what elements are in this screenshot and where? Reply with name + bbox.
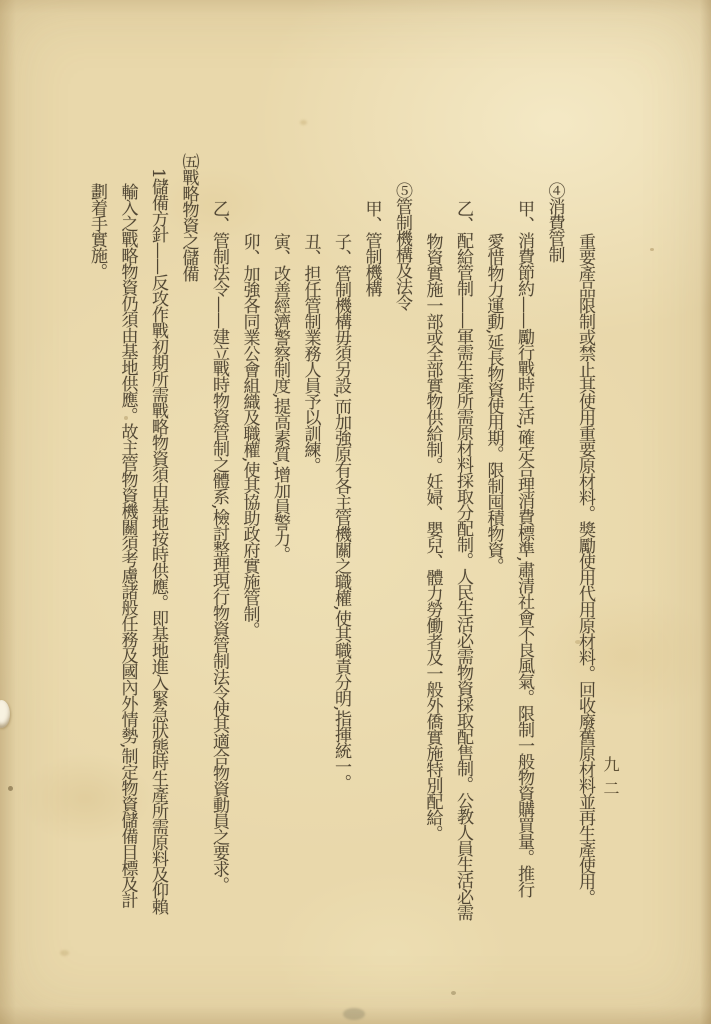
text-column: 1儲備方針——反攻作戰初期所需戰略物資須由基地按時供應。即基地進入緊急狀態時生產… xyxy=(149,153,166,967)
paper-speck xyxy=(650,248,654,251)
binding-hole xyxy=(0,700,10,728)
paper-speck xyxy=(300,120,307,125)
paper-speck xyxy=(8,786,13,791)
text-column: ㈤戰略物資之儲備 xyxy=(180,153,197,967)
text-column: 丑、担任管制業務人員予以訓練。 xyxy=(302,153,319,967)
paper-speck xyxy=(451,991,456,995)
paper-smudge xyxy=(343,1008,365,1020)
text-column: 劃着手實施。 xyxy=(88,153,105,967)
scanned-page: 重要產品限制或禁止其使用重要原材料。獎勵使用代用原材料。回收廢舊原材料並再生產使… xyxy=(0,0,711,1024)
page-number: 九二 xyxy=(599,756,622,804)
text-column: 乙、管制法令——建立戰時物資管制之體系,檢討整理現行物資管制法令使其適合物資動員… xyxy=(210,153,227,967)
text-column: 物資實施一部或全部實物供給制。妊婦、嬰兒、體力勞働者及一般外僑實施特別配給。 xyxy=(424,153,441,967)
text-column: 甲、管制機構 xyxy=(363,153,380,967)
text-column: 重要產品限制或禁止其使用重要原材料。獎勵使用代用原材料。回收廢舊原材料並再生產使… xyxy=(576,153,593,967)
text-block: 重要產品限制或禁止其使用重要原材料。獎勵使用代用原材料。回收廢舊原材料並再生產使… xyxy=(75,153,594,967)
text-column: 寅、改善經濟警察制度,提高素質,增加員警力。 xyxy=(271,153,288,967)
text-column: 愛惜物力運動,延長物資使用期。限制囤積物資。 xyxy=(485,153,502,967)
text-column: ⑤管制機構及法令 xyxy=(393,153,410,967)
text-column: 乙、配給管制——軍需生產所需原材料採取分配制。人民生活必需物資採取配售制。公教人… xyxy=(454,153,471,967)
text-column: 輸入之戰略物資仍須由基地供應。故主管物資機關須考慮諸般任務及國內外情勢,制定物資… xyxy=(119,153,136,967)
paper-speck xyxy=(60,950,69,956)
text-column: 卯、加強各同業公會組織及職權,使其協助政府實施管制。 xyxy=(241,153,258,967)
text-column: 甲、消費節約——勵行戰時生活,確定合理消費標準,肅清社會不良風氣。限制一般物資購… xyxy=(515,153,532,967)
text-column: ④消費管制 xyxy=(546,153,563,967)
text-column: 子、管制機構毋須另設,而加強原有各主管機關之職權,使其職責分明,指揮統一。 xyxy=(332,153,349,967)
